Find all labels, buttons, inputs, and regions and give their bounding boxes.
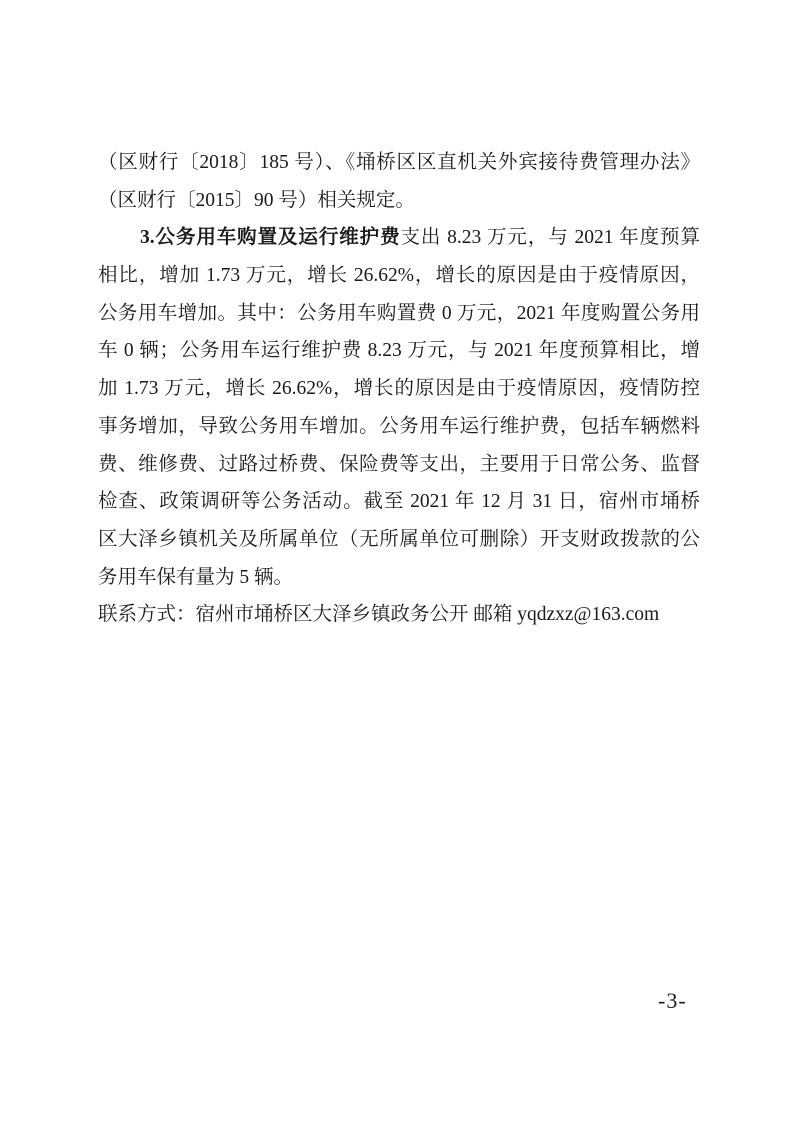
doc-line-text: 加 1.73 万元，增长 26.62%，增长的原因是由于疫情原因，疫情防控 xyxy=(98,378,700,399)
doc-line: 车 0 辆；公务用车运行维护费 8.23 万元，与 2021 年度预算相比，增 xyxy=(98,332,700,370)
doc-line-text: （区财行〔2015〕90 号）相关规定。 xyxy=(98,190,415,211)
doc-line-section-start: 3.公务用车购置及运行维护费支出 8.23 万元，与 2021 年度预算 xyxy=(98,219,700,257)
doc-line-text: 相比，增加 1.73 万元，增长 26.62%，增长的原因是由于疫情原因， xyxy=(98,265,700,286)
doc-line-text: 费、维修费、过路过桥费、保险费等支出，主要用于日常公务、监督 xyxy=(98,454,700,475)
contact-line-text: 联系方式：宿州市埇桥区大泽乡镇政务公开 邮箱 yqdzxz@163.com xyxy=(98,604,659,625)
section-heading-bold: 3.公务用车购置及运行维护费 xyxy=(140,227,400,248)
document-body: （区财行〔2018〕185 号）、《埇桥区区直机关外宾接待费管理办法》 （区财行… xyxy=(98,144,700,634)
doc-line-text: 支出 8.23 万元，与 2021 年度预算 xyxy=(400,227,700,248)
doc-line: 公务用车增加。其中：公务用车购置费 0 万元，2021 年度购置公务用 xyxy=(98,295,700,333)
doc-line: 相比，增加 1.73 万元，增长 26.62%，增长的原因是由于疫情原因， xyxy=(98,257,700,295)
doc-line-text: 事务增加，导致公务用车增加。公务用车运行维护费，包括车辆燃料 xyxy=(98,416,700,437)
doc-line-text: 公务用车增加。其中：公务用车购置费 0 万元，2021 年度购置公务用 xyxy=(98,303,700,324)
doc-line: 事务增加，导致公务用车增加。公务用车运行维护费，包括车辆燃料 xyxy=(98,408,700,446)
page-number: -3- xyxy=(658,988,687,1014)
doc-line-text: 检查、政策调研等公务活动。截至 2021 年 12 月 31 日，宿州市埇桥 xyxy=(98,491,700,512)
doc-line: 检查、政策调研等公务活动。截至 2021 年 12 月 31 日，宿州市埇桥 xyxy=(98,483,700,521)
doc-line: 区大泽乡镇机关及所属单位（无所属单位可删除）开支财政拨款的公 xyxy=(98,521,700,559)
doc-line: 费、维修费、过路过桥费、保险费等支出，主要用于日常公务、监督 xyxy=(98,446,700,484)
doc-line-text: 务用车保有量为 5 辆。 xyxy=(98,567,293,588)
doc-line: 加 1.73 万元，增长 26.62%，增长的原因是由于疫情原因，疫情防控 xyxy=(98,370,700,408)
document-page: （区财行〔2018〕185 号）、《埇桥区区直机关外宾接待费管理办法》 （区财行… xyxy=(0,0,793,1122)
doc-line-text: （区财行〔2018〕185 号）、《埇桥区区直机关外宾接待费管理办法》 xyxy=(98,152,700,173)
contact-line: 联系方式：宿州市埇桥区大泽乡镇政务公开 邮箱 yqdzxz@163.com xyxy=(98,596,700,634)
doc-line-text: 车 0 辆；公务用车运行维护费 8.23 万元，与 2021 年度预算相比，增 xyxy=(98,340,700,361)
doc-line-regulation-1: （区财行〔2018〕185 号）、《埇桥区区直机关外宾接待费管理办法》 xyxy=(98,144,700,182)
doc-line-paragraph-end: 务用车保有量为 5 辆。 xyxy=(98,559,700,597)
doc-line-regulation-2: （区财行〔2015〕90 号）相关规定。 xyxy=(98,182,700,220)
doc-line-text: 区大泽乡镇机关及所属单位（无所属单位可删除）开支财政拨款的公 xyxy=(98,529,700,550)
